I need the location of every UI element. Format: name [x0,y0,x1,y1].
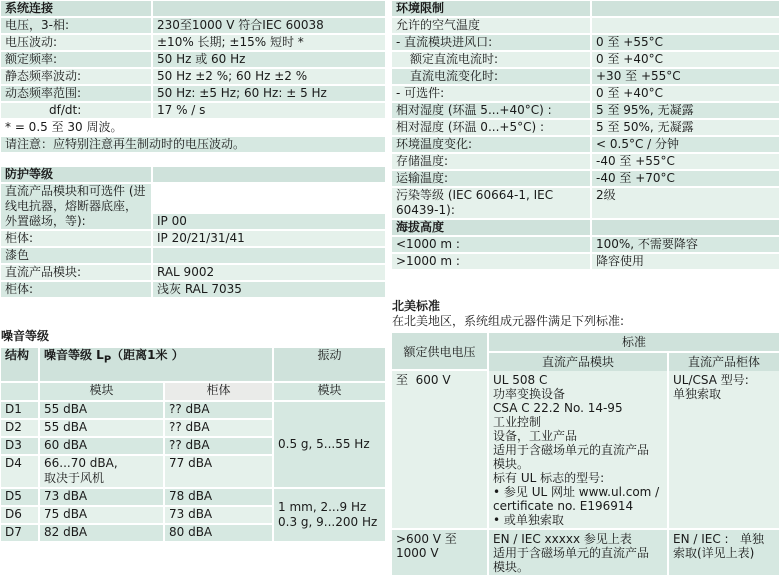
north-america-standards-table: 额定供电电压 标准 直流产品模块 直流产品柜体 至 600 V UL 508 C… [392,333,779,575]
section-header-spacer [592,220,779,235]
spec-label: 静态频率波动: [1,69,151,84]
spec-label: 允许的空气温度 [392,18,590,33]
noise-vibration-d5-d7: 1 mm, 2...9 Hz 0.3 g, 9...200 Hz [274,489,385,541]
noise-row-module: 55 dBA [40,420,163,436]
spec-value: 230至1000 V 符合IEC 60038 [153,18,385,33]
spec-label: 额定频率: [1,52,151,67]
spec-label: 直流产品模块: [1,265,151,280]
spec-label: 漆色 [1,248,151,263]
noise-row-id: D1 [1,402,38,418]
spec-value: 5 至 50%, 无凝露 [592,120,779,135]
section-title-environment: 环境限制 [392,1,590,16]
section-header-spacer [592,1,779,16]
spec-value: IP 20/21/31/41 [153,231,385,246]
section-title-system-connection: 系统连接 [1,1,151,16]
left-column: 系统连接 电压，3-相: 230至1000 V 符合IEC 60038 电压波动… [1,1,385,584]
north-america-subtitle: 在北美地区，系统组成元器件满足下列标准: [392,314,624,329]
section-title-north-america: 北美标准 [392,299,440,314]
spec-label: 电压波动: [1,35,151,50]
noise-row-cabinet: 80 dBA [165,525,272,541]
noise-col-vibration: 振动 [274,348,385,381]
spec-label: 柜体: [1,282,151,297]
noise-row-cabinet: 78 dBA [165,489,272,505]
section-title-noise: 噪音等级 [1,329,49,344]
noise-subheader-spacer [1,383,38,400]
noise-row-id: D7 [1,525,38,541]
na-row-voltage: 至 600 V [392,371,487,528]
right-column: 环境限制 允许的空气温度 - 直流模块进风口: 0 至 +55°C 额定直流电流… [392,1,779,584]
na-subheader-module: 直流产品模块 [489,353,667,371]
spec-label: 环境温度变化: [392,137,590,152]
noise-row-module: 66...70 dBA, 取决于风机 [40,456,163,487]
noise-row-id: D5 [1,489,38,505]
spec-value: ±10% 长期; ±15% 短时 * [153,35,385,50]
noise-row-id: D3 [1,438,38,454]
spec-label: >1000 m : [392,254,590,269]
noise-row-module: 75 dBA [40,507,163,523]
section-title-altitude: 海拔高度 [392,220,590,235]
na-col-voltage: 额定供电电压 [392,333,487,369]
spec-label: 相对湿度 (环温 5...+40°C) : [392,103,590,118]
spec-value: 降容使用 [592,254,779,269]
spec-label: 污染等级 (IEC 60664-1, IEC 60439-1): [392,188,590,218]
noise-row-cabinet: 73 dBA [165,507,272,523]
spec-value [153,248,385,263]
spec-value: 0 至 +55°C [592,35,779,50]
spec-value: 17 % / s [153,103,385,118]
footnote: * = 0.5 至 30 周波。 [1,120,385,135]
noise-vibration-d1-d4: 0.5 g, 5...55 Hz [274,402,385,487]
spec-value: 0 至 +40°C [592,52,779,67]
spec-label: 相对湿度 (环温 0...+5°C) : [392,120,590,135]
spec-label: 直流产品模块和可选件 (进线电抗器，熔断器底座，外置磁场，等): [1,184,151,229]
noise-row-module: 60 dBA [40,438,163,454]
noise-row-id: D6 [1,507,38,523]
noise-col-structure: 结构 [1,348,38,381]
na-col-standard: 标准 [489,333,779,351]
noise-row-cabinet: ?? dBA [165,402,272,418]
na-row-cabinet: UL/CSA 型号: 单独索取 [669,371,779,528]
spec-label: 柜体: [1,231,151,246]
na-row-module: EN / IEC xxxxx 参见上表 适用于含磁场单元的直流产品 模块。 [489,530,667,575]
noise-row-module: 73 dBA [40,489,163,505]
spec-value: RAL 9002 [153,265,385,280]
spec-value: -40 至 +55°C [592,154,779,169]
noise-subheader-module: 模块 [40,383,163,400]
spec-label: 直流电流变化时: [392,69,590,84]
noise-row-module: 55 dBA [40,402,163,418]
protection-class-table: 防护等级 直流产品模块和可选件 (进线电抗器，熔断器底座，外置磁场，等): IP… [1,167,385,297]
spec-label: <1000 m : [392,237,590,252]
spec-label: - 可选件: [392,86,590,101]
spec-label: - 直流模块进风口: [392,35,590,50]
spec-label: 运输温度: [392,171,590,186]
noise-col-lp: 噪音等级 LP（距离1米 ） [40,348,272,381]
noise-level-table: 结构 噪音等级 LP（距离1米 ） 振动 模块 柜体 模块 D1 55 dBA … [1,348,385,541]
spec-value [592,18,779,33]
na-row-cabinet: EN / IEC : 单独 索取(详见上表) [669,530,779,575]
environment-limits-table: 环境限制 允许的空气温度 - 直流模块进风口: 0 至 +55°C 额定直流电流… [392,1,779,269]
section-header-spacer [153,1,385,16]
spec-value: IP 00 [153,214,385,229]
noise-row-id: D4 [1,456,38,487]
spec-label: df/dt: [1,103,151,118]
spec-label: 额定直流电流时: [392,52,590,67]
section-header-spacer [153,167,385,182]
spec-value: -40 至 +70°C [592,171,779,186]
noise-col-lp-text: 噪音等级 L [44,348,104,362]
spec-label: 存储温度: [392,154,590,169]
noise-row-cabinet: ?? dBA [165,438,272,454]
spec-value: < 0.5°C / 分钟 [592,137,779,152]
system-connection-table: 系统连接 电压，3-相: 230至1000 V 符合IEC 60038 电压波动… [1,1,385,152]
na-row-module: UL 508 C 功率变换设备 CSA C 22.2 No. 14-95 工业控… [489,371,667,528]
spec-value: 浅灰 RAL 7035 [153,282,385,297]
spec-value: 50 Hz 或 60 Hz [153,52,385,67]
spec-value: +30 至 +55°C [592,69,779,84]
spec-value: 100%, 不需要降容 [592,237,779,252]
noise-row-cabinet: 77 dBA [165,456,272,487]
noise-col-lp-rest: （距离1米 ） [111,348,184,362]
spec-value: 2级 [592,188,779,218]
noise-row-module: 82 dBA [40,525,163,541]
note: 请注意：应特别注意再生制动时的电压波动。 [1,137,385,152]
na-subheader-cabinet: 直流产品柜体 [669,353,779,371]
spec-value: 5 至 95%, 无凝露 [592,103,779,118]
spec-label: 电压，3-相: [1,18,151,33]
spec-label: 动态频率范围: [1,86,151,101]
na-row-voltage: >600 V 至 1000 V [392,530,487,575]
noise-subheader-cabinet: 柜体 [165,383,272,400]
spec-value: 0 至 +40°C [592,86,779,101]
noise-row-id: D2 [1,420,38,436]
section-title-protection: 防护等级 [1,167,151,182]
noise-subheader-module2: 模块 [274,383,385,400]
spec-value: 50 Hz ±2 %; 60 Hz ±2 % [153,69,385,84]
spec-value: 50 Hz: ±5 Hz; 60 Hz: ± 5 Hz [153,86,385,101]
noise-row-cabinet: ?? dBA [165,420,272,436]
